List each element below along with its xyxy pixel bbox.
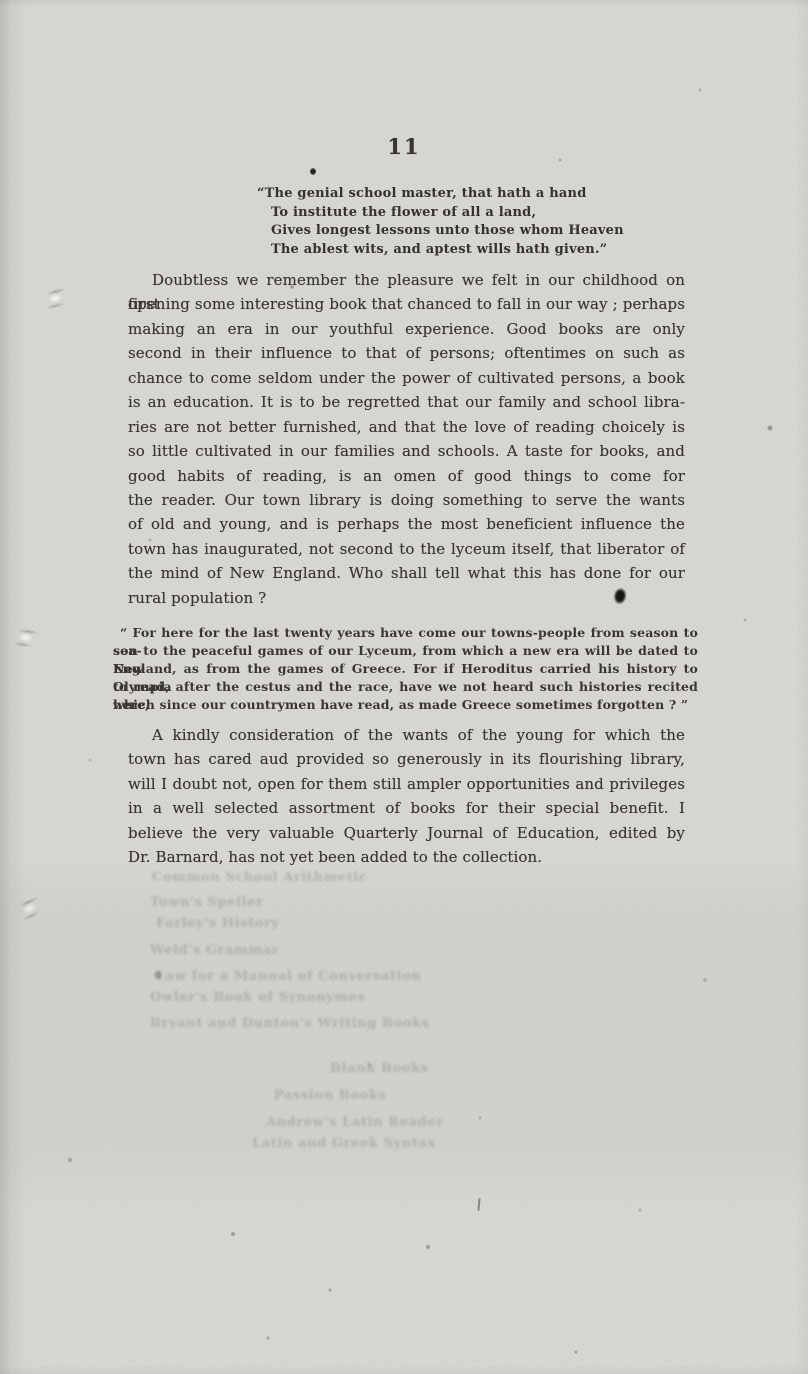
text-line: town has inaugurated, not second to the … bbox=[128, 537, 685, 561]
ghost-text-line: Law for a Manual of Conversation bbox=[156, 969, 421, 984]
epigraph: “The genial school master, that hath a h… bbox=[257, 185, 624, 259]
ghost-text-line: Andrew's Latin Reader bbox=[266, 1115, 444, 1130]
ghost-text-line: Passion Books bbox=[274, 1088, 387, 1103]
paragraph-2: A kindly consideration of the wants of t… bbox=[128, 723, 685, 870]
epigraph-line: The ablest wits, and aptest wills hath g… bbox=[257, 241, 624, 260]
paper-crease bbox=[8, 618, 47, 658]
pen-tick-mark bbox=[477, 1198, 480, 1211]
text-line: second in their influence to that of per… bbox=[128, 341, 685, 365]
ghost-text-line: Town's Speller bbox=[150, 895, 263, 910]
paper-crease bbox=[36, 276, 78, 319]
text-line: believe the very valuable Quarterly Jour… bbox=[128, 821, 685, 845]
ghost-text-line: Weld's Grammar bbox=[150, 943, 279, 958]
quote-line: England, as from the games of Greece. Fo… bbox=[113, 660, 698, 678]
epigraph-line: “The genial school master, that hath a h… bbox=[257, 185, 624, 204]
ink-dot bbox=[310, 168, 316, 175]
scanned-page: 11 “The genial school master, that hath … bbox=[0, 0, 808, 1374]
text-line: is an education. It is to be regretted t… bbox=[128, 390, 685, 414]
epigraph-line: Gives longest lessons unto those whom He… bbox=[257, 222, 624, 241]
text-line: A kindly consideration of the wants of t… bbox=[128, 723, 685, 747]
text-line: chance to come seldom under the power of… bbox=[128, 366, 685, 390]
text-line: in a well selected assortment of books f… bbox=[128, 796, 685, 820]
text-line: opening some interesting book that chanc… bbox=[128, 292, 685, 316]
epigraph-line: To institute the flower of all a land, bbox=[257, 204, 624, 223]
ghost-text-line: Owler's Book of Synonymes bbox=[150, 990, 365, 1005]
text-line: making an era in our youthful experience… bbox=[128, 317, 685, 341]
text-line: the reader. Our town library is doing so… bbox=[128, 488, 685, 512]
text-line: rural population ? bbox=[128, 586, 685, 610]
text-line: so little cultivated in our families and… bbox=[128, 439, 685, 463]
text-line: town has cared aud provided so generousl… bbox=[128, 747, 685, 771]
quote-line: which since our countrymen have read, as… bbox=[113, 696, 698, 714]
text-line: the mind of New England. Who shall tell … bbox=[128, 561, 685, 585]
ghost-text-line: Bryant and Dunton's Writing Books bbox=[150, 1016, 430, 1031]
quote-line: son to the peaceful games of our Lyceum,… bbox=[113, 642, 698, 660]
text-line: Dr. Barnard, has not yet been added to t… bbox=[128, 845, 685, 869]
text-line: Doubtless we remember the pleasure we fe… bbox=[128, 268, 685, 292]
block-quote: “ For here for the last twenty years hav… bbox=[113, 624, 698, 714]
text-line: will I doubt not, open for them still am… bbox=[128, 772, 685, 796]
ghost-text-line: Blank Books bbox=[330, 1061, 429, 1076]
ghost-text-line: Farley's History bbox=[156, 916, 280, 931]
paper-crease bbox=[8, 885, 54, 932]
text-line: of old and young, and is perhaps the mos… bbox=[128, 512, 685, 536]
text-line: ries are not better furnished, and that … bbox=[128, 415, 685, 439]
ghost-text-line: Common School Arithmetic bbox=[152, 870, 367, 885]
ghost-text-line: Latin and Greek Syntax bbox=[252, 1136, 436, 1151]
quote-line: “ For here for the last twenty years hav… bbox=[113, 624, 698, 642]
quote-line: to read, after the cestus and the race, … bbox=[113, 678, 698, 696]
paragraph-1: Doubtless we remember the pleasure we fe… bbox=[128, 268, 685, 610]
page-number: 11 bbox=[0, 134, 808, 159]
text-line: good habits of reading, is an omen of go… bbox=[128, 464, 685, 488]
